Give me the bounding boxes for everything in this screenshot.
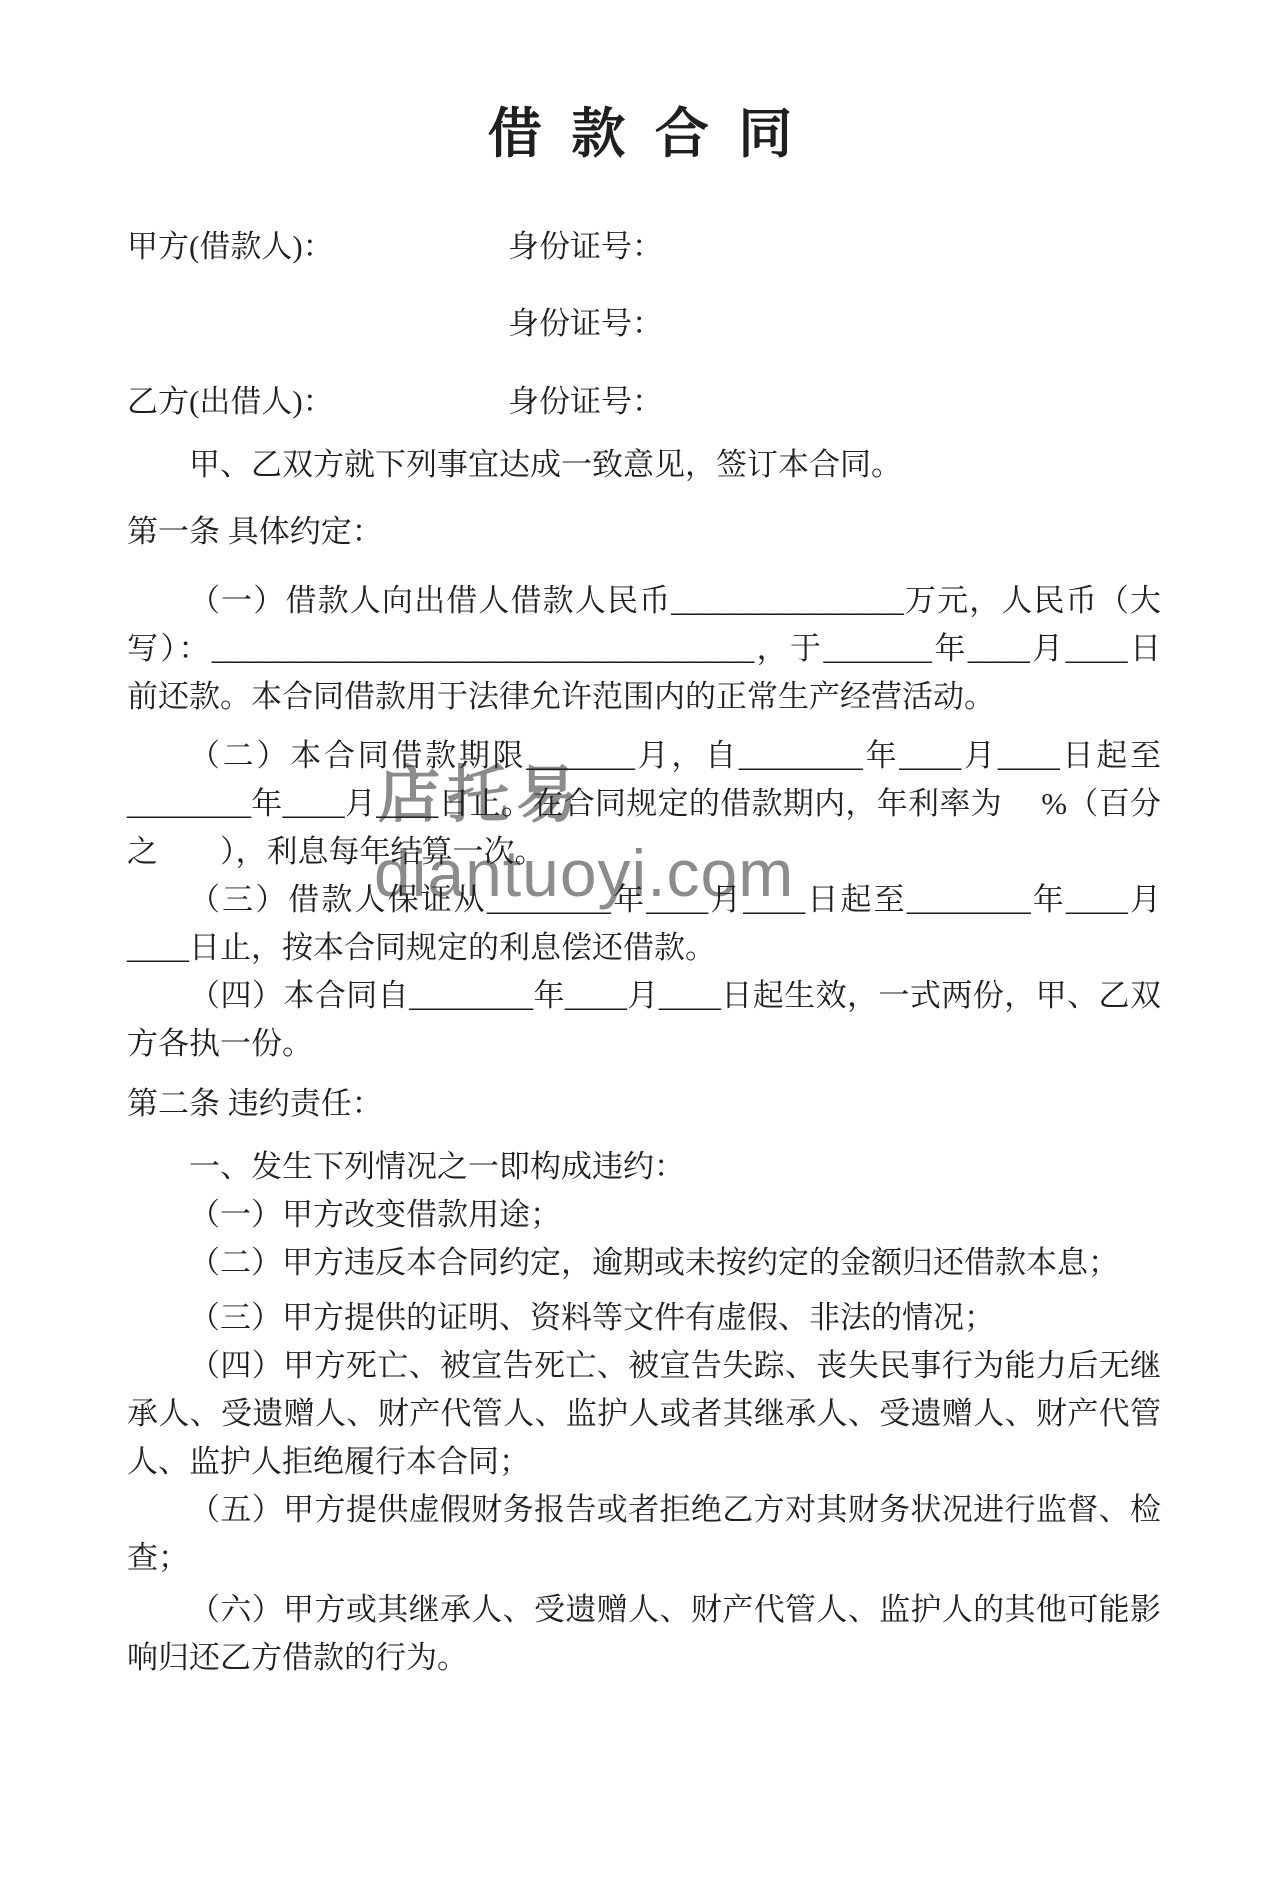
breach-item-3: （三）甲方提供的证明、资料等文件有虚假、非法的情况； [127, 1294, 1161, 1342]
id-number-label-1: 身份证号： [508, 223, 1161, 271]
party-b-label: 乙方(出借人)： [127, 378, 508, 426]
breach-item-6: （六）甲方或其继承人、受遗赠人、财产代管人、监护人的其他可能影响归还乙方借款的行… [127, 1586, 1161, 1682]
section-2-heading: 第二条 违约责任： [127, 1080, 1161, 1128]
party-b-row: 乙方(出借人)： 身份证号： [127, 378, 1161, 426]
breach-item-5: （五）甲方提供虚假财务报告或者拒绝乙方对其财务状况进行监督、检查； [127, 1486, 1161, 1582]
party-a-id2-row: 身份证号： [127, 300, 1161, 348]
section-1-heading: 第一条 具体约定： [127, 508, 1161, 556]
contract-page: 店托易 diantuoyi.com 借 款 合 同 甲方(借款人)： 身份证号：… [0, 0, 1286, 1879]
clause-1-2: （二）本合同借款期限_______月，自________年____月____日起… [127, 732, 1161, 876]
party-a-label: 甲方(借款人)： [127, 223, 508, 271]
breach-item-4: （四）甲方死亡、被宣告死亡、被宣告失踪、丧失民事行为能力后无继承人、受遗赠人、财… [127, 1342, 1161, 1486]
id-number-label-2: 身份证号： [508, 300, 1161, 348]
intro-paragraph: 甲、乙双方就下列事宜达成一致意见，签订本合同。 [127, 441, 1161, 489]
document-title: 借 款 合 同 [127, 105, 1161, 163]
party-a-row: 甲方(借款人)： 身份证号： [127, 223, 1161, 271]
clause-1-4: （四）本合同自________年____月____日起生效，一式两份，甲、乙双方… [127, 972, 1161, 1068]
id-number-label-3: 身份证号： [508, 378, 1161, 426]
section-2-intro: 一、发生下列情况之一即构成违约： [127, 1143, 1161, 1191]
document-content: 借 款 合 同 甲方(借款人)： 身份证号： 身份证号： 乙方(出借人)： 身份… [127, 105, 1161, 1682]
clause-1-3: （三）借款人保证从________年____月____日起至________年_… [127, 876, 1161, 972]
breach-item-1: （一）甲方改变借款用途； [127, 1191, 1161, 1239]
clause-1-1: （一）借款人向出借人借款人民币_______________万元，人民币（大写）… [127, 577, 1161, 721]
breach-item-2: （二）甲方违反本合同约定，逾期或未按约定的金额归还借款本息； [127, 1239, 1161, 1287]
party-a-empty-cell [127, 300, 508, 348]
